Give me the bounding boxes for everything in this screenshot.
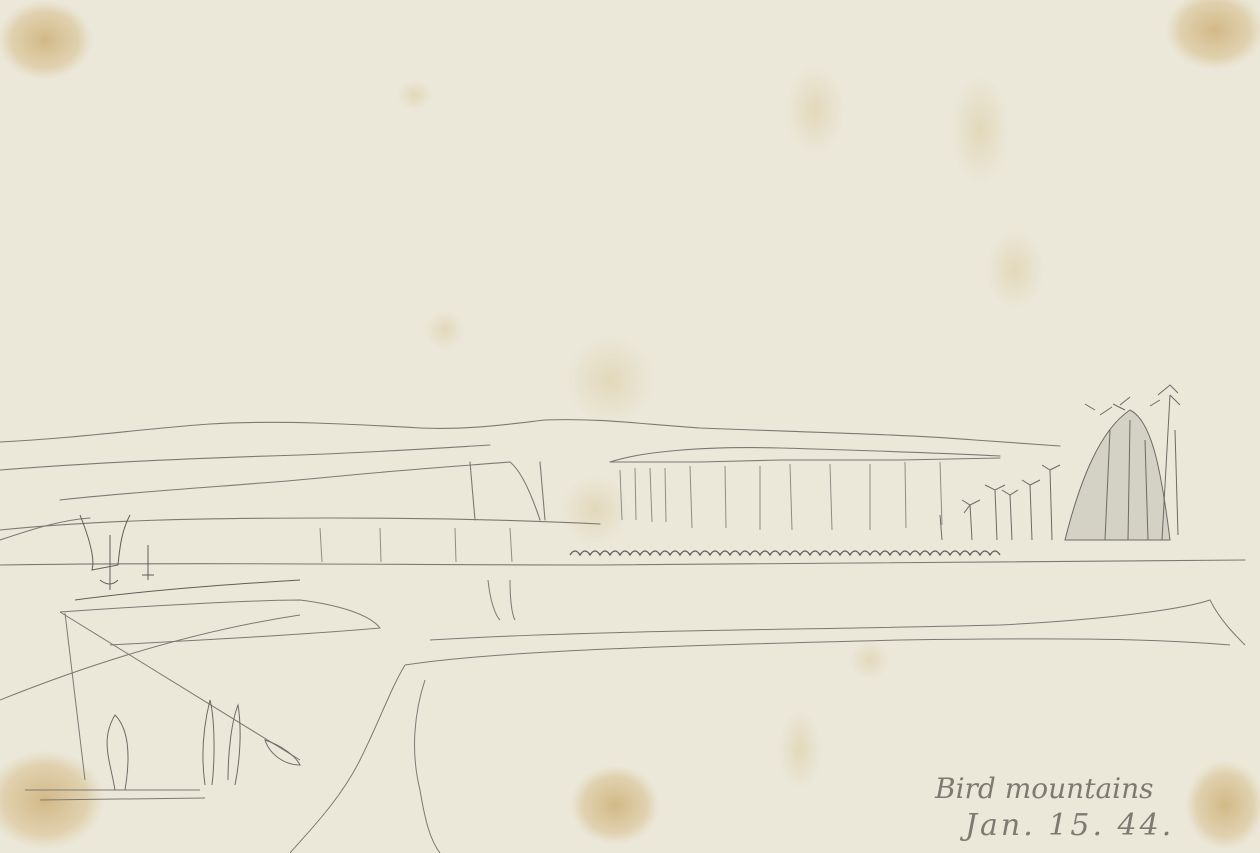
landscape-drawing xyxy=(0,0,1260,853)
inscription-title: Bird mountains xyxy=(935,772,1154,805)
foxing-stains xyxy=(0,0,1260,850)
sailboats xyxy=(75,515,300,600)
cliff-hatching xyxy=(320,462,942,562)
foreground-trees xyxy=(107,700,300,790)
palm-grove xyxy=(940,385,1180,540)
shrub-line xyxy=(570,551,1000,555)
sketch-paper: Bird mountains Jan. 15. 44. xyxy=(0,0,1260,853)
inscription-date: Jan. 15. 44. xyxy=(965,808,1174,843)
